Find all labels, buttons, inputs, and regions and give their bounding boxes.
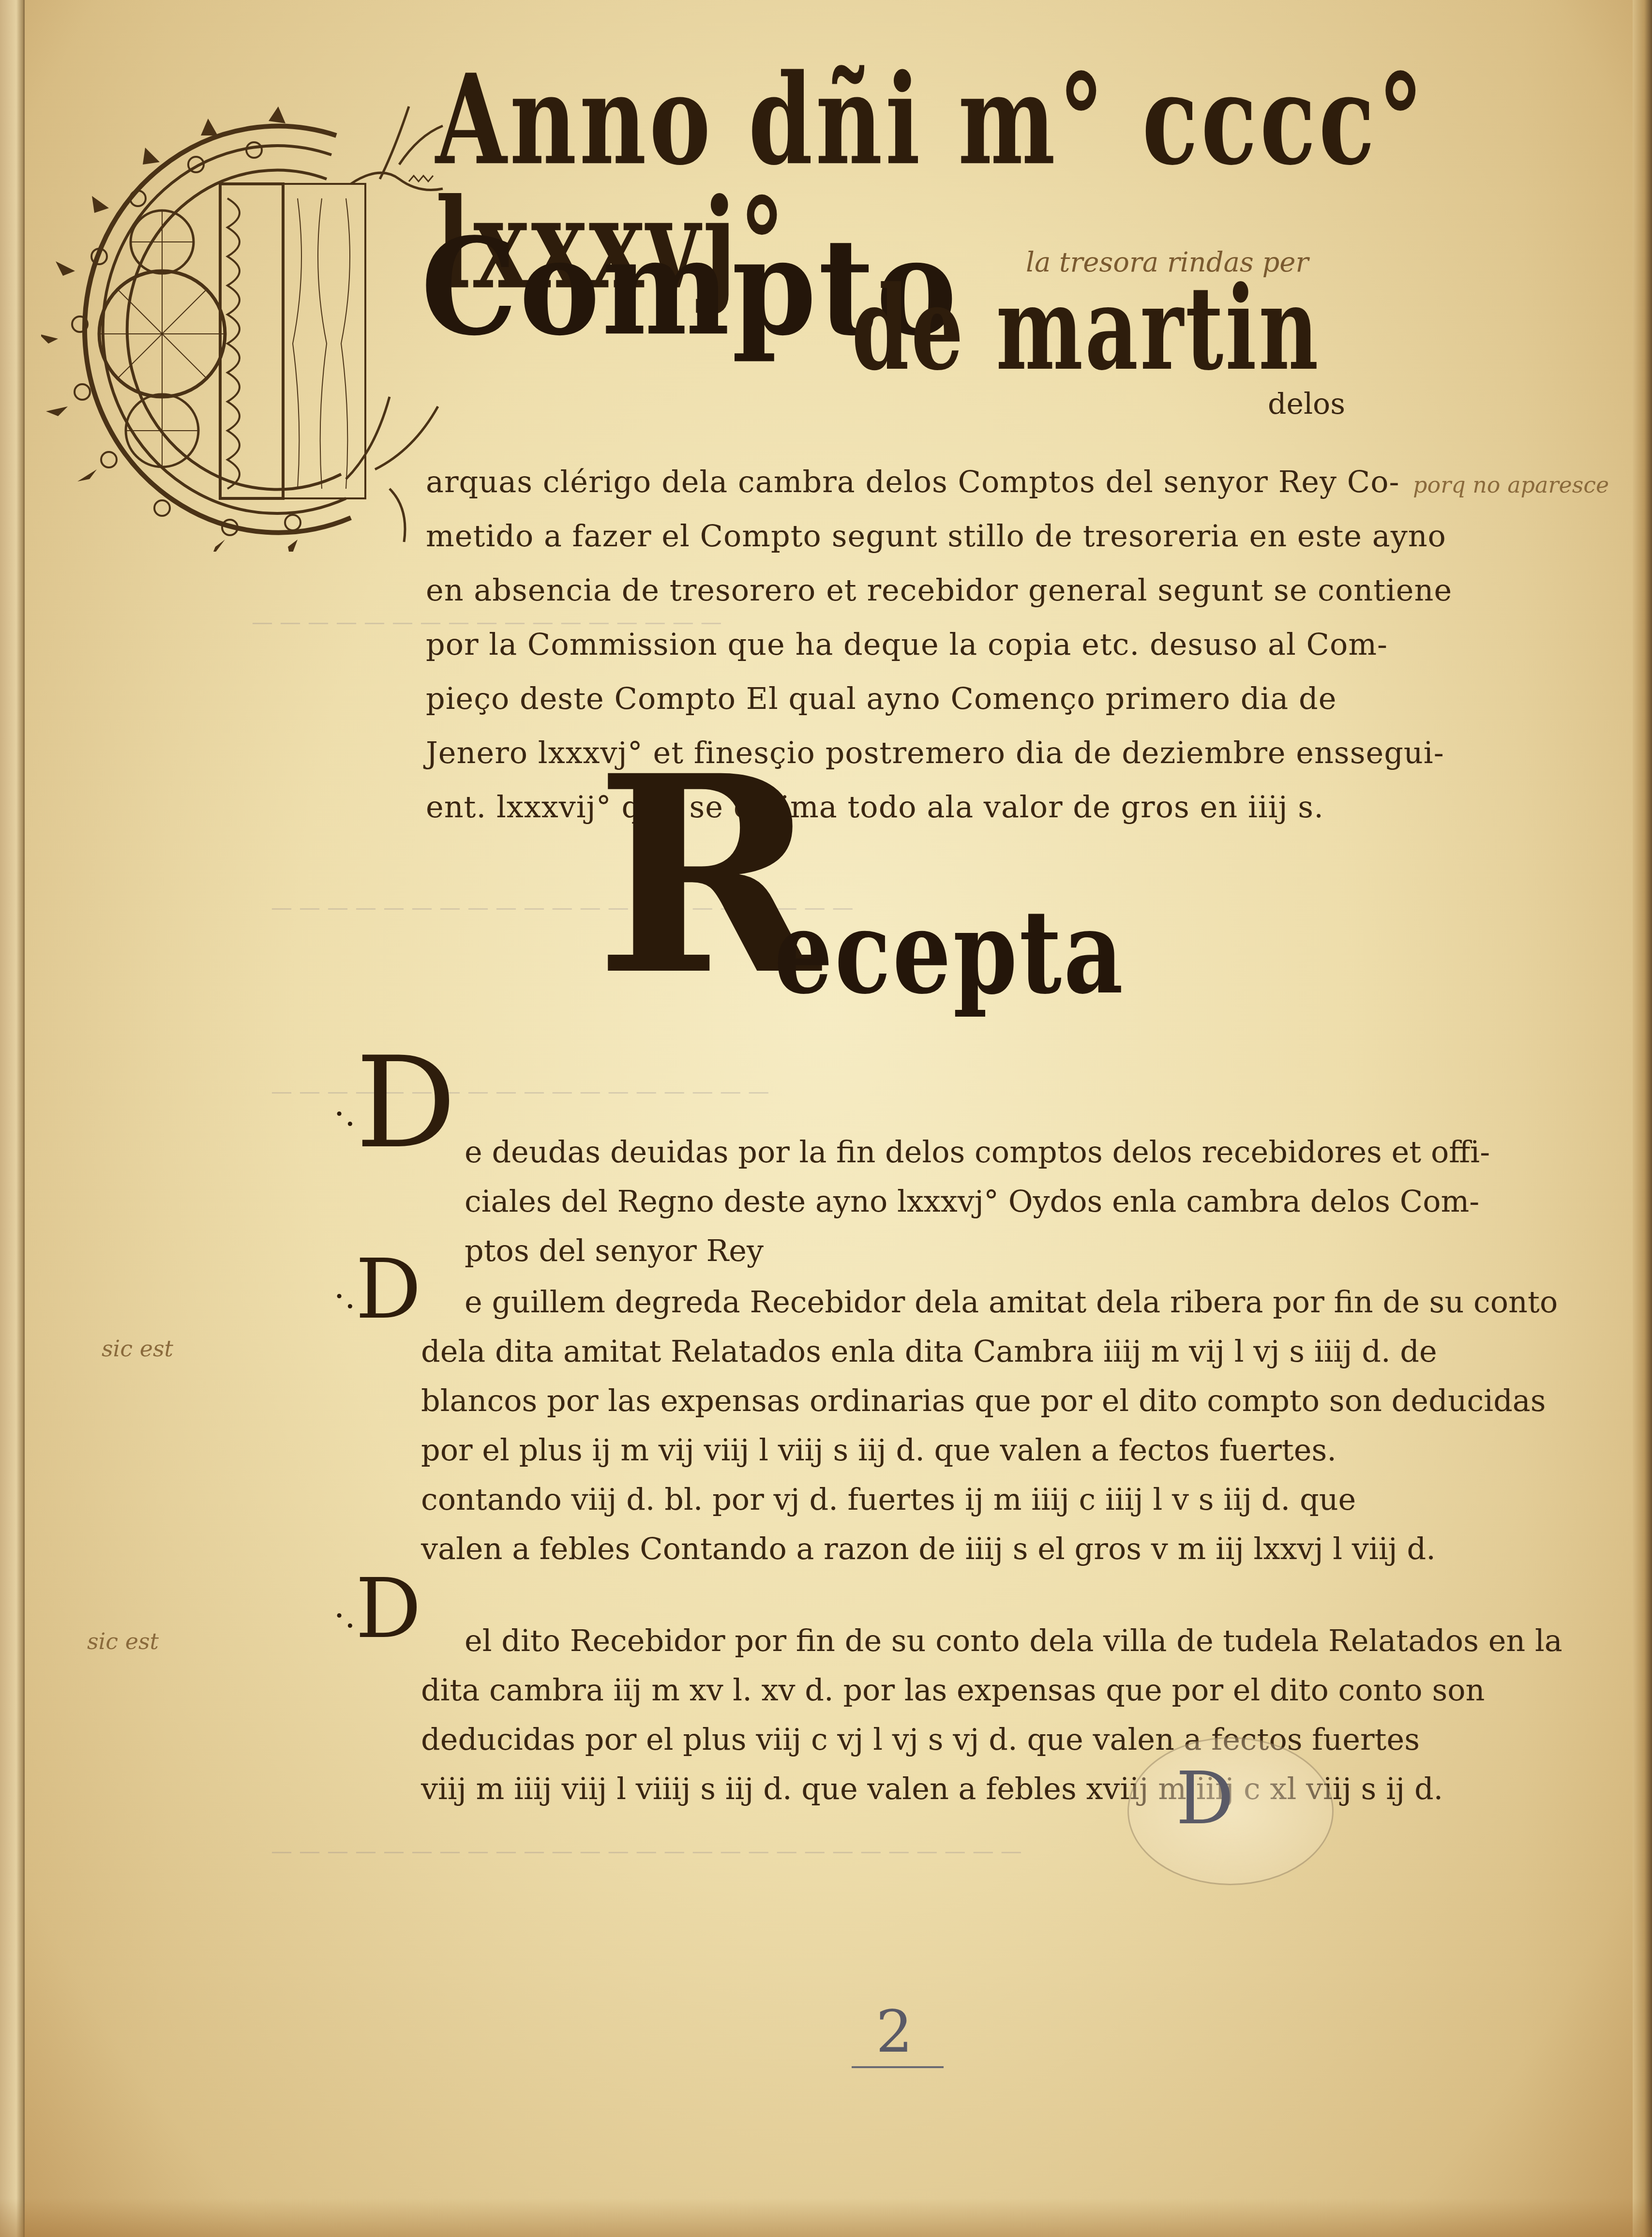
entry-line: contando viij d. bl. por vj d. fuertes i… [421, 1475, 1389, 1524]
entry-initial-d: ·.D [334, 1248, 421, 1331]
entry-line: e deudas deuidas por la fin delos compto… [465, 1127, 1432, 1177]
folio-number-underline [852, 2066, 944, 2068]
intro-line: por la Commission que ha deque la copia … [426, 617, 1389, 672]
entry-line: dela dita amitat Relatados enla dita Cam… [421, 1327, 1389, 1376]
left-page-edge [0, 0, 25, 2237]
intro-paragraph: arquas clérigo dela cambra delos Comptos… [426, 455, 1389, 834]
entry-line: ciales del Regno deste ayno lxxxvj° Oydo… [465, 1177, 1432, 1226]
intro-line: metido a fazer el Compto segunt stillo d… [426, 509, 1389, 563]
interlinear-gloss: la tresora rindas per [1026, 247, 1308, 278]
section-title-recepta: ecepta [774, 895, 1125, 1010]
right-page-edge [1633, 0, 1652, 2237]
decorated-initial-c-icon [41, 102, 457, 552]
intro-line: Jenero lxxxvj° et finesçio postremero di… [426, 726, 1389, 780]
intro-line: arquas clérigo dela cambra delos Comptos… [426, 455, 1389, 509]
bottom-page-shadow [0, 2198, 1652, 2237]
manuscript-page: — — — — — — — — — — — — — — — — — — — — … [0, 0, 1652, 2237]
heading-delos: delos [1268, 387, 1345, 421]
entry-line: blancos por las expensas ordinarias que … [421, 1376, 1389, 1426]
intro-line: en absencia de tresorero et recebidor ge… [426, 563, 1389, 617]
entry-initial-d: ·.D [334, 1568, 421, 1650]
bleed-through-text: — — — — — — — — — — — — — — — — — — — — … [271, 1839, 1022, 1863]
entry-deudas: e deudas deuidas por la fin delos compto… [465, 1127, 1432, 1276]
pencil-initial-mark: D [1176, 1757, 1234, 1841]
margin-note-right: porq no aparesce [1413, 472, 1609, 498]
heading-de-martin: de martin [852, 271, 1321, 386]
entry-line: por el plus ij m vij viij l viij s iij d… [421, 1426, 1389, 1475]
intro-line: pieço deste Compto El qual ayno Començo … [426, 672, 1389, 726]
entry-initial-d: ·.D [334, 1040, 456, 1166]
margin-note-sic-est: sic est [87, 1628, 159, 1654]
folio-number: 2 [876, 1998, 913, 2066]
paragraph-mark-icon: ·. [334, 1276, 356, 1316]
paragraph-mark-icon: ·. [334, 1596, 356, 1636]
entry-line: dita cambra iij m xv l. xv d. por las ex… [421, 1666, 1389, 1715]
intro-line: ent. lxxxvij° que se estima todo ala val… [426, 780, 1389, 834]
entry-line: valen a febles Contando a razon de iiij … [421, 1524, 1389, 1574]
entry-line: el dito Recebidor por fin de su conto de… [421, 1616, 1389, 1666]
margin-note-sic-est: sic est [102, 1336, 173, 1362]
entry-line: e guillem degreda Recebidor dela amitat … [421, 1277, 1389, 1327]
paragraph-mark-icon: ·. [334, 1094, 356, 1134]
entry-guillem-degreda: e guillem degreda Recebidor dela amitat … [421, 1277, 1389, 1574]
entry-line: ptos del senyor Rey [465, 1226, 1432, 1276]
